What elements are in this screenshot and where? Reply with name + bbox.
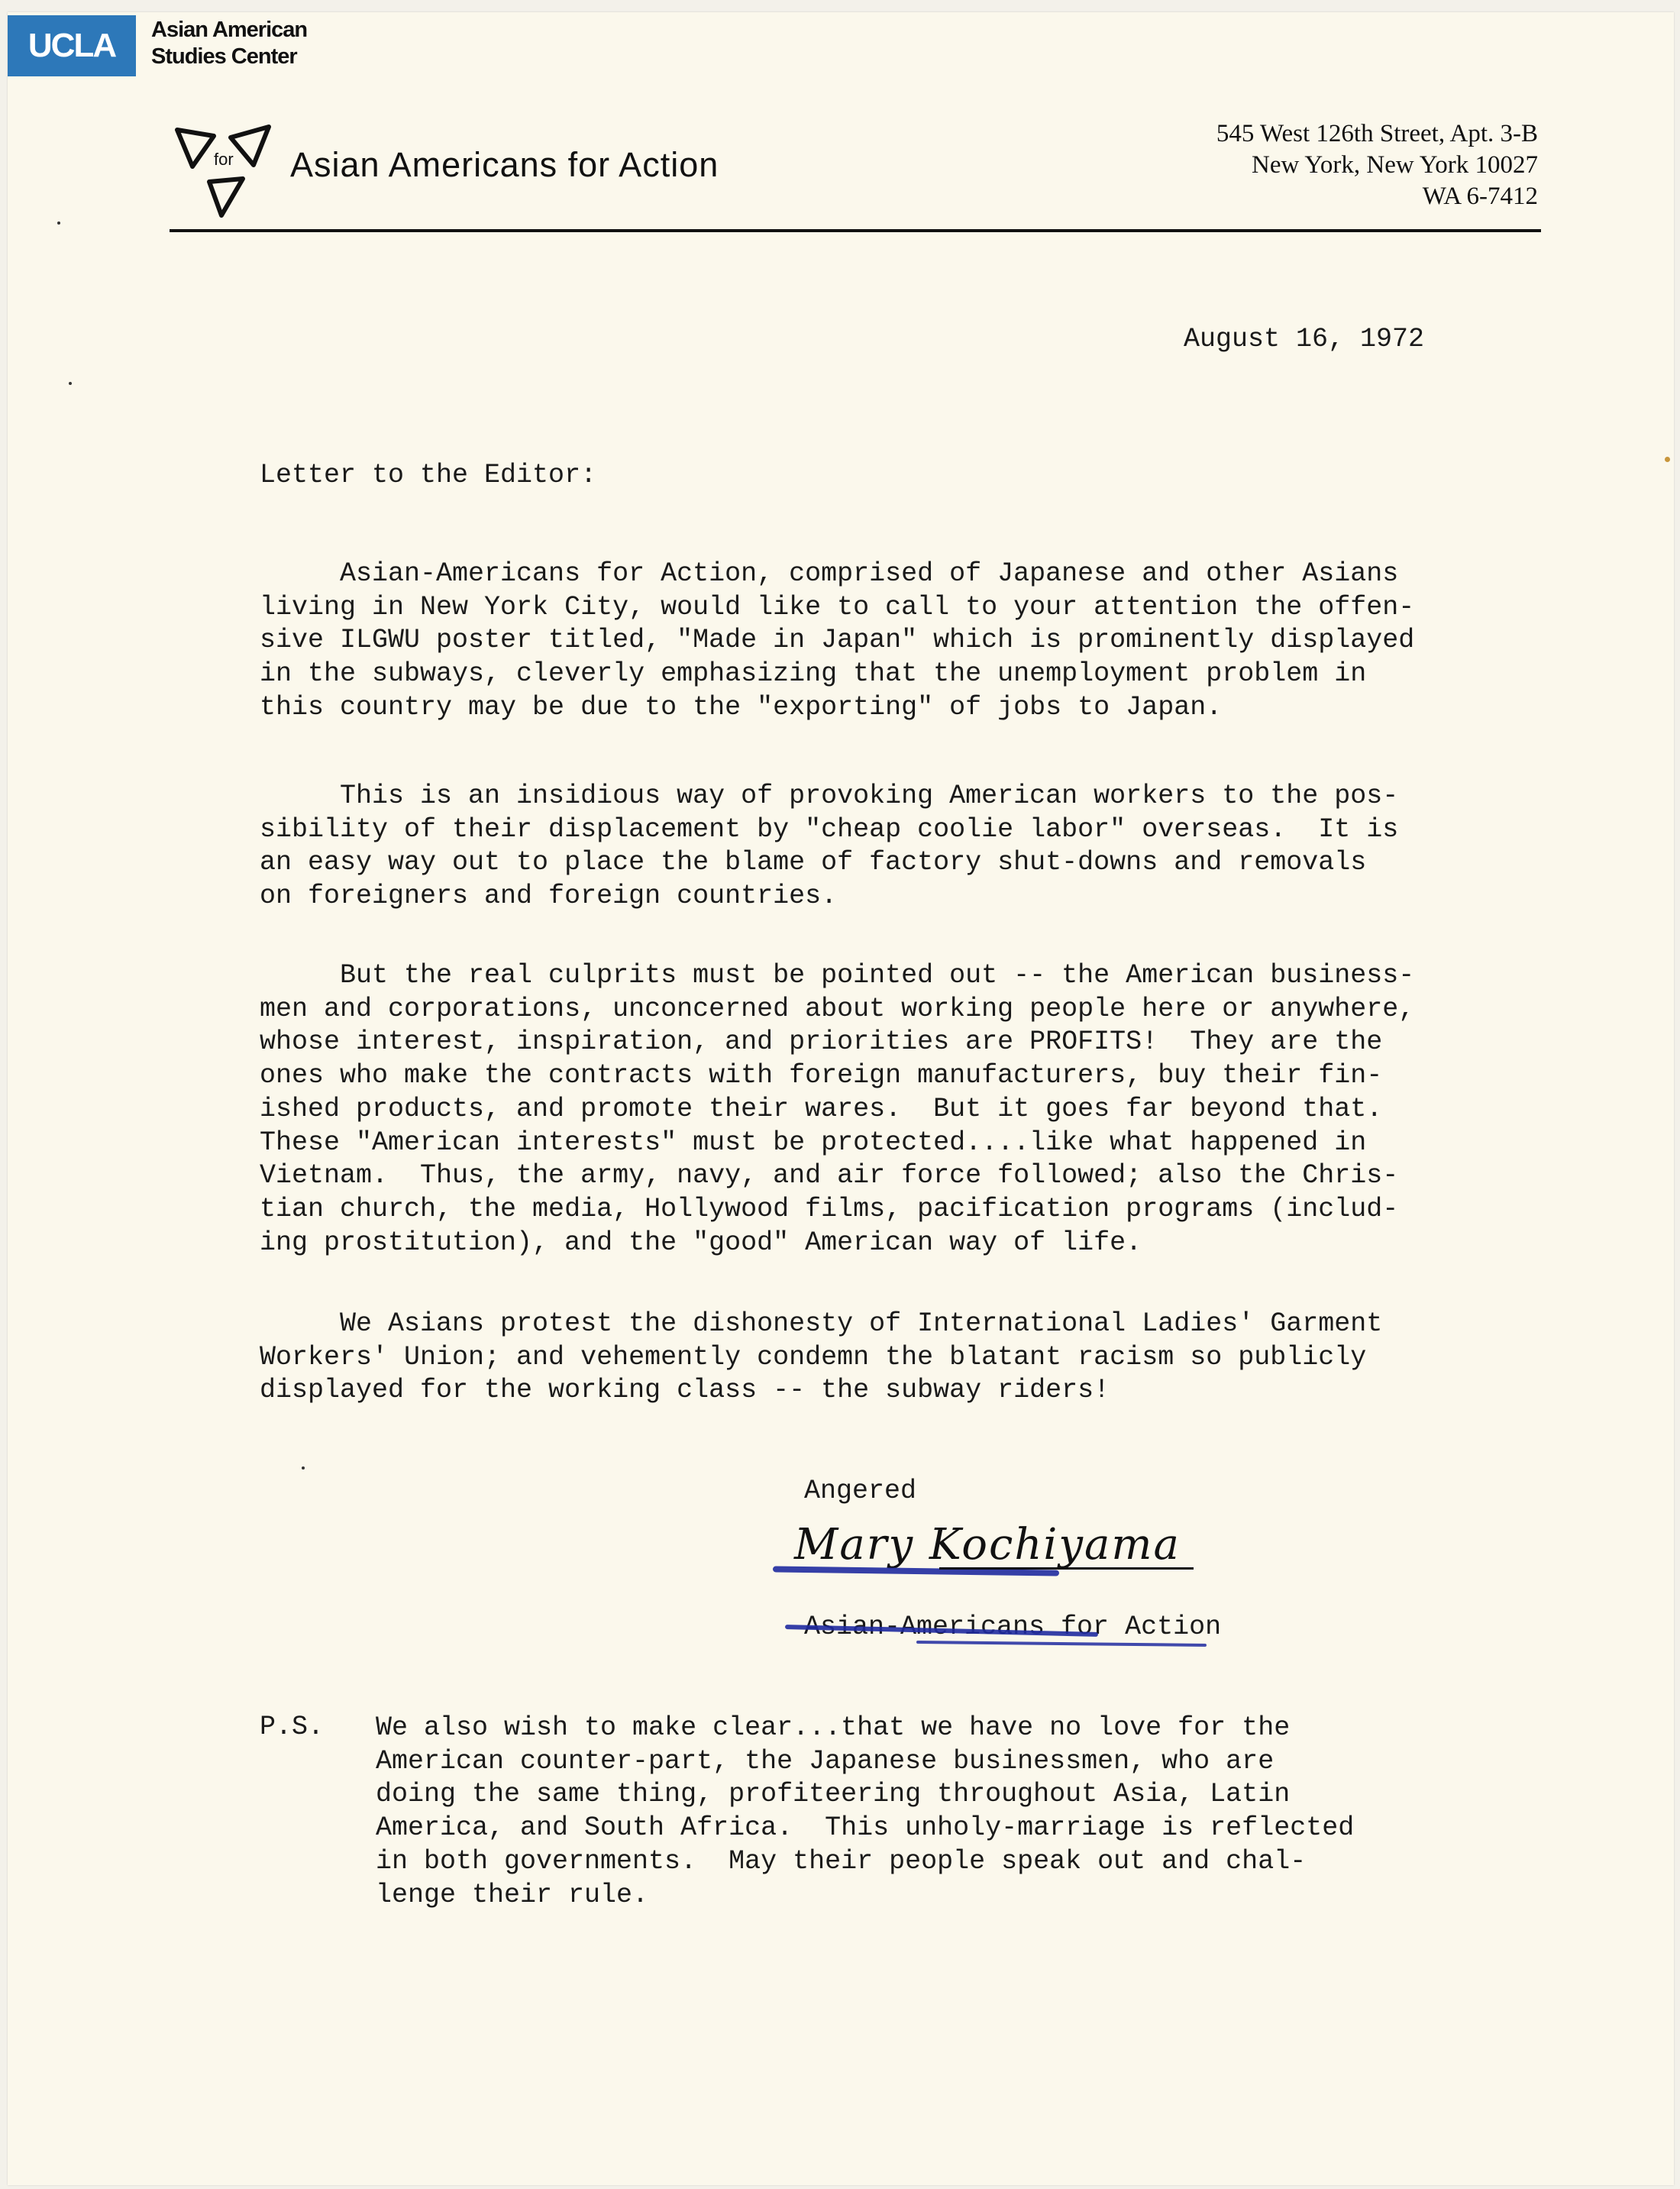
triangle-a-logo-icon: for: [170, 121, 284, 220]
letterhead-address: 545 West 126th Street, Apt. 3-B New York…: [1216, 118, 1538, 212]
organization-name: Asian Americans for Action: [290, 145, 719, 185]
letter-closing: Angered: [804, 1476, 916, 1506]
archive-center-line2: Studies Center: [151, 44, 307, 70]
archive-center-line1: Asian American: [151, 17, 307, 44]
paragraph-4: We Asians protest the dishonesty of Inte…: [260, 1308, 1497, 1408]
letter-salutation: Letter to the Editor:: [260, 460, 596, 490]
address-phone: WA 6-7412: [1216, 181, 1538, 212]
signature-flourish: [939, 1567, 1194, 1570]
ucla-logo: UCLA: [8, 15, 136, 76]
archive-center-name: Asian American Studies Center: [151, 17, 307, 70]
svg-text:for: for: [214, 150, 234, 169]
ucla-logo-text: UCLA: [28, 27, 115, 65]
paper-speck: [69, 382, 72, 385]
letter-date: August 16, 1972: [1184, 324, 1424, 354]
paragraph-2: This is an insidious way of provoking Am…: [260, 780, 1497, 913]
paragraph-3: But the real culprits must be pointed ou…: [260, 959, 1497, 1259]
paper-speck: [57, 221, 60, 225]
letterhead-divider: [170, 229, 1541, 232]
address-street: 545 West 126th Street, Apt. 3-B: [1216, 118, 1538, 150]
postscript-label: P.S.: [260, 1712, 324, 1742]
address-city: New York, New York 10027: [1216, 150, 1538, 181]
paragraph-1: Asian-Americans for Action, comprised of…: [260, 558, 1497, 725]
handwritten-signature: Mary Kochiyama: [794, 1520, 1181, 1570]
paper-stain: [1665, 457, 1670, 462]
postscript-text: We also wish to make clear...that we hav…: [376, 1712, 1354, 1912]
paper-speck: [302, 1466, 305, 1470]
